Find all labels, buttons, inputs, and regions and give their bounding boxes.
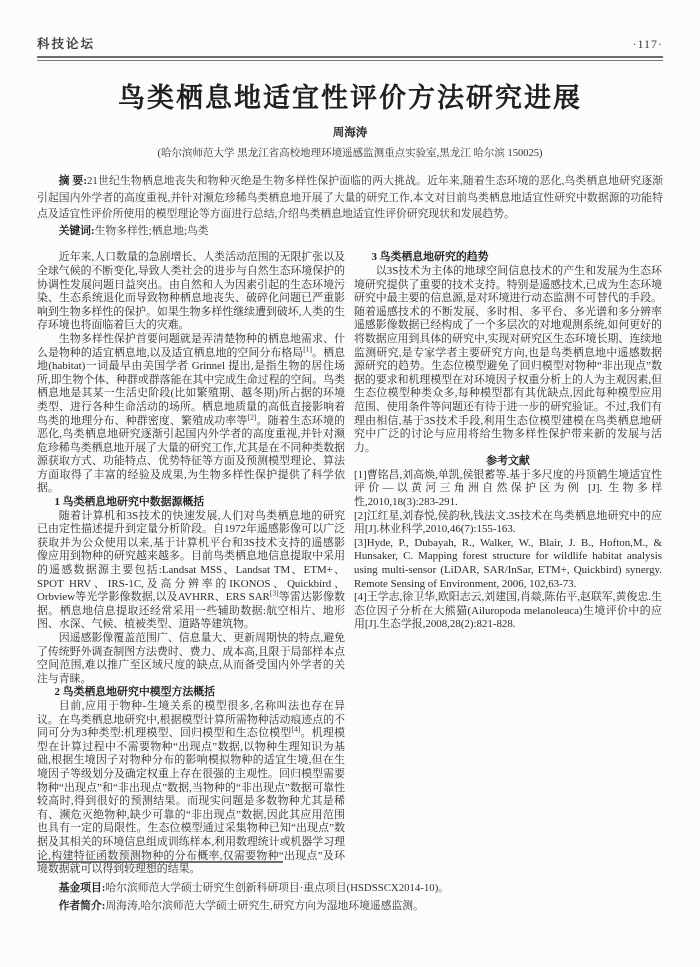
body-paragraph: 近年来,人口数量的急剧增长、人类活动范围的无限扩张以及全球气候的不断变化,导致人… <box>37 251 345 333</box>
body-columns: 近年来,人口数量的急剧增长、人类活动范围的无限扩张以及全球气候的不断变化,导致人… <box>37 251 663 876</box>
header-rule <box>37 56 663 61</box>
column-left: 近年来,人口数量的急剧增长、人类活动范围的无限扩张以及全球气候的不断变化,导致人… <box>37 251 345 876</box>
fund-label: 基金项目: <box>59 882 106 894</box>
citation-marker: [2] <box>248 412 257 421</box>
keywords-line: 关键词:生物多样性;栖息地;鸟类 <box>37 223 663 240</box>
bio-text: 周海涛,哈尔滨师范大学硕士研究生,研究方向为湿地环境遥感监测。 <box>105 900 424 912</box>
article-title: 鸟类栖息地适宜性评价方法研究进展 <box>37 76 663 115</box>
section-name: 科技论坛 <box>37 34 95 52</box>
reference-item: [3]Hyde, P., Dubayah, R., Walker, W., Bl… <box>354 537 662 591</box>
abstract-label: 摘 要: <box>59 175 87 187</box>
citation-marker: [3] <box>270 589 279 598</box>
author-name: 周海涛 <box>37 124 663 140</box>
section-heading: 1 鸟类栖息地研究中数据源概括 <box>37 496 345 510</box>
fund-project-line: 基金项目:哈尔滨师范大学硕士研究生创新科研项目·重点项目(HSDSSCX2014… <box>37 880 663 898</box>
running-head: 科技论坛 ·117· <box>37 34 663 52</box>
references-heading: 参考文献 <box>354 455 662 469</box>
footnote-block: 基金项目:哈尔滨师范大学硕士研究生创新科研项目·重点项目(HSDSSCX2014… <box>37 861 663 915</box>
section-heading: 2 鸟类栖息地研究中模型方法概括 <box>37 686 345 700</box>
body-paragraph: 随着计算机和3S技术的快速发展,人们对鸟类栖息地的研究已由定性描述提升到定量分析… <box>37 510 345 632</box>
column-right: 3 鸟类栖息地研究的趋势以3S技术为主体的地球空间信息技术的产生和发展为生态环境… <box>354 251 662 876</box>
abstract-text: 21世纪生物栖息地丧失和物种灭绝是生物多样性保护面临的两大挑战。近年来,随着生态… <box>37 175 663 220</box>
citation-marker: [1] <box>303 344 312 353</box>
citation-marker: [4] <box>292 725 301 734</box>
reference-item: [2]江红星,刘春悦,侯韵秋,钱法文.3S技术在鸟类栖息地研究中的应用[J].林… <box>354 510 662 537</box>
footnote-rule <box>37 861 283 863</box>
reference-item: [1]曹铭昌,刘高焕,单凯,侯银蓄等.基于多尺度的丹顶鹤生境适宜性评价—以黄河三… <box>354 469 662 510</box>
fund-text: 哈尔滨师范大学硕士研究生创新科研项目·重点项目(HSDSSCX2014-10)。 <box>105 882 449 894</box>
journal-page: 科技论坛 ·117· 鸟类栖息地适宜性评价方法研究进展 周海涛 (哈尔滨师范大学… <box>0 0 700 967</box>
bio-label: 作者简介: <box>59 900 106 912</box>
abstract-paragraph: 摘 要:21世纪生物栖息地丧失和物种灭绝是生物多样性保护面临的两大挑战。近年来,… <box>37 173 663 223</box>
affiliation: (哈尔滨师范大学 黑龙江省高校地理环境遥感监测重点实验室,黑龙江 哈尔滨 150… <box>37 145 663 160</box>
body-paragraph: 以3S技术为主体的地球空间信息技术的产生和发展为生态环境研究提供了重要的技术支持… <box>354 265 662 455</box>
reference-item: [4]王学志,徐卫华,欧阳志云,刘建国,肖燚,陈佑平,赵联军,黄俊忠.生态位因子… <box>354 591 662 632</box>
abstract-block: 摘 要:21世纪生物栖息地丧失和物种灭绝是生物多样性保护面临的两大挑战。近年来,… <box>37 173 663 239</box>
body-paragraph: 目前,应用于物种-生境关系的模型很多,名称叫法也存在异议。在鸟类栖息地研究中,根… <box>37 700 345 877</box>
keywords-text: 生物多样性;栖息地;鸟类 <box>95 225 209 237</box>
body-paragraph: 因遥感影像覆盖范围广、信息量大、更新周期快的特点,避免了传统野外调查制图方法费时… <box>37 632 345 686</box>
author-bio-line: 作者简介:周海涛,哈尔滨师范大学硕士研究生,研究方向为湿地环境遥感监测。 <box>37 898 663 916</box>
page-number: ·117· <box>632 37 663 52</box>
keywords-label: 关键词: <box>59 225 95 237</box>
body-paragraph: 生物多样性保护首要问题就是弄清楚物种的栖息地需求、什么是物种的适宜栖息地,以及适… <box>37 333 345 496</box>
section-heading: 3 鸟类栖息地研究的趋势 <box>354 251 662 265</box>
